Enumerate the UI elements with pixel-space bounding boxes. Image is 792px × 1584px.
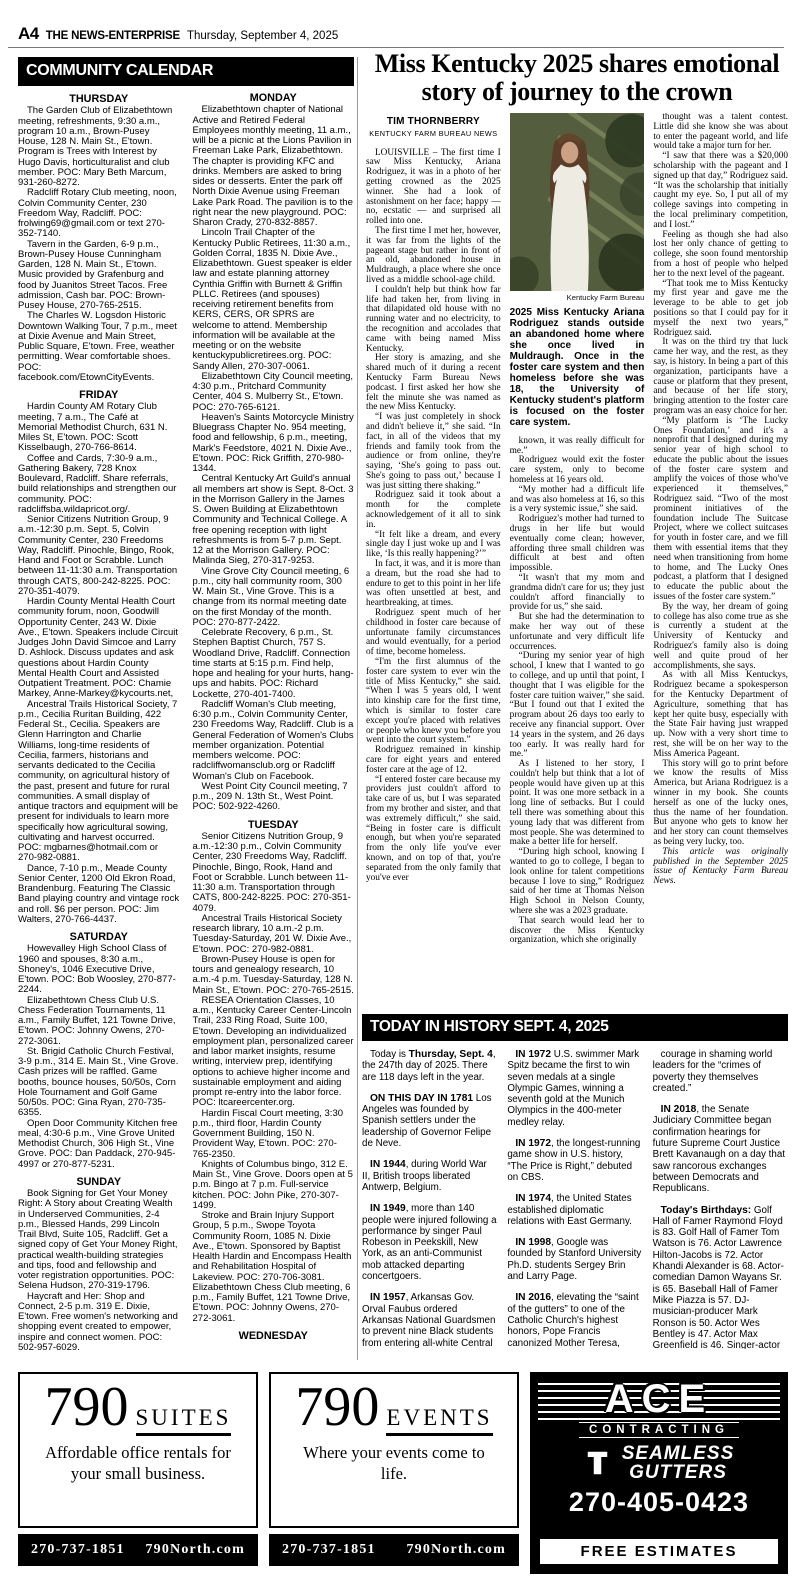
ad-790-events-brand: 790 EVENTS: [295, 1378, 492, 1436]
ad-suites-word: SUITES: [136, 1405, 232, 1436]
article-paragraph: Her story is amazing, and she shared muc…: [366, 354, 501, 413]
calendar-event: Book Signing for Get Your Money Right: A…: [18, 1189, 180, 1292]
calendar-event: Heaven's Saints Motorcycle Ministry Blue…: [193, 413, 355, 475]
today-in-history-body: Today is Thursday, Sept. 4, the 247th da…: [362, 1049, 788, 1349]
article-paragraph: “My mother had a difficult life and was …: [510, 486, 645, 515]
article-paragraph: The first time I met her, however, it wa…: [366, 227, 501, 286]
article-paragraph: “I entered foster care because my provid…: [366, 776, 501, 884]
today-in-history-title: TODAY IN HISTORY SEPT. 4, 2025: [362, 1014, 788, 1041]
history-entry: IN 1944, during World War II, British tr…: [362, 1159, 497, 1193]
history-column-3: courage in shaming world leaders for the…: [653, 1049, 788, 1349]
history-entry: IN 2016, elevating the “saint of the gut…: [507, 1292, 642, 1349]
ad-events-tagline: Where your events come to life.: [288, 1442, 500, 1485]
community-calendar-section: COMMUNITY CALENDAR THURSDAYThe Garden Cl…: [18, 57, 354, 1355]
article-paragraph: known, it was really difficult for me.”: [510, 437, 645, 457]
calendar-day-header: TUESDAY: [193, 820, 355, 830]
ad-events-website: 790North.com: [406, 1542, 506, 1558]
calendar-event: Elizabethtown Chess Club U.S. Chess Fede…: [18, 996, 180, 1047]
ace-contracting-label: CONTRACTING: [579, 1422, 739, 1438]
article-paragraph: By the way, her dream of going to colleg…: [653, 603, 788, 672]
editors-note: This article was originally published in…: [653, 848, 788, 887]
calendar-day-header: SUNDAY: [18, 1177, 180, 1187]
article-paragraph: “I was just completely in shock and didn…: [366, 413, 501, 491]
ace-phone: 270-405-0423: [569, 1487, 749, 1518]
calendar-event: Knights of Columbus bingo, 312 E. Main S…: [193, 1160, 355, 1211]
article-body: TIM THORNBERRY KENTUCKY FARM BUREAU NEWS…: [366, 113, 788, 1016]
article-column-2-text: known, it was really difficult for me.”R…: [510, 437, 645, 946]
calendar-event: Hardin County Mental Health Court commun…: [18, 597, 180, 700]
calendar-event: West Point City Council meeting, 7 p.m.,…: [193, 782, 355, 813]
article-paragraph: As I listened to her story, I couldn't h…: [510, 760, 645, 848]
calendar-day-header: FRIDAY: [18, 390, 180, 400]
article-paragraph: Rodriguez spent much of her childhood in…: [366, 609, 501, 658]
byline-block: TIM THORNBERRY KENTUCKY FARM BUREAU NEWS: [366, 117, 501, 139]
ad-790-events: 790 EVENTS Where your events come to lif…: [269, 1372, 519, 1574]
article-photo: [510, 113, 645, 291]
ad-790-number: 790: [295, 1378, 379, 1436]
article-paragraph: LOUISVILLE – The first time I saw Miss K…: [366, 149, 501, 227]
article-column-1-text: LOUISVILLE – The first time I saw Miss K…: [366, 149, 501, 884]
today-in-history-section: TODAY IN HISTORY SEPT. 4, 2025 Today is …: [362, 1014, 788, 1349]
ad-suites-phone: 270-737-1851: [31, 1542, 125, 1558]
calendar-day-header: SATURDAY: [18, 932, 180, 942]
page-header: A4 THE NEWS-ENTERPRISE Thursday, Septemb…: [18, 24, 782, 44]
article-paragraph: That search would lead her to discover t…: [510, 917, 645, 946]
history-entry: ON THIS DAY IN 1781 Los Angeles was foun…: [362, 1093, 497, 1149]
calendar-event: Radcliff Woman's Club meeting, 6:30 p.m.…: [193, 700, 355, 782]
masthead: THE NEWS-ENTERPRISE: [46, 30, 180, 42]
calendar-day-header: MONDAY: [193, 93, 355, 103]
history-entry: IN 1998, Google was founded by Stanford …: [507, 1237, 642, 1282]
article-paragraph: But she had the determination to make he…: [510, 613, 645, 652]
issue-date: Thursday, September 4, 2025: [187, 30, 338, 42]
article-column-1: TIM THORNBERRY KENTUCKY FARM BUREAU NEWS…: [366, 113, 501, 1016]
photo-caption: 2025 Miss Kentucky Ariana Rodriguez stan…: [510, 307, 645, 428]
history-entry: Today is Thursday, Sept. 4, the 247th da…: [362, 1049, 497, 1083]
gutters-word: GUTTERS: [622, 1463, 735, 1482]
byline-organization: KENTUCKY FARM BUREAU NEWS: [366, 129, 501, 139]
ad-suites-tagline: Affordable office rentals for your small…: [37, 1442, 240, 1485]
main-article: Miss Kentucky 2025 shares emotional stor…: [366, 50, 788, 1016]
ace-logo-stripes: ACE: [538, 1378, 780, 1420]
ad-suites-website: 790North.com: [145, 1542, 245, 1558]
article-headline: Miss Kentucky 2025 shares emotional stor…: [366, 50, 788, 106]
ad-events-phone: 270-737-1851: [282, 1542, 376, 1558]
ad-790-suites: 790 SUITES Affordable office rentals for…: [18, 1372, 258, 1574]
calendar-event: Brown-Pusey House is open for tours and …: [193, 955, 355, 996]
calendar-event: The Garden Club of Elizabethtown meeting…: [18, 106, 180, 188]
calendar-day-header: THURSDAY: [18, 94, 180, 104]
miss-kentucky-photo-illustration: [510, 113, 645, 291]
history-column-1: Today is Thursday, Sept. 4, the 247th da…: [362, 1049, 497, 1349]
page-number: A4: [18, 24, 39, 44]
calendar-event: Radcliff Rotary Club meeting, noon, Colv…: [18, 188, 180, 239]
calendar-event: Tavern in the Garden, 6-9 p.m., Brown-Pu…: [18, 240, 180, 312]
article-column-2: Kentucky Farm Bureau 2025 Miss Kentucky …: [510, 113, 645, 1016]
ad-790-number: 790: [45, 1378, 129, 1436]
byline-author: TIM THORNBERRY: [366, 117, 501, 127]
free-estimates-banner: FREE ESTIMATES: [538, 1537, 780, 1566]
article-paragraph: It was on the third try that luck came h…: [653, 338, 788, 416]
article-paragraph: Feeling as though she had also lost her …: [653, 231, 788, 280]
calendar-event: Elizabethtown chapter of National Active…: [193, 105, 355, 228]
header-rule: [8, 47, 784, 48]
calendar-event: Senior Citizens Nutrition Group, 9 a.m.-…: [18, 515, 180, 597]
community-calendar-listings: THURSDAYThe Garden Club of Elizabethtown…: [18, 93, 354, 1355]
advertisement-strip: 790 SUITES Affordable office rentals for…: [18, 1372, 788, 1574]
calendar-event: Senior Citizens Nutrition Group, 9 a.m.-…: [193, 832, 355, 914]
history-entry: IN 1974, the United States established d…: [507, 1193, 642, 1227]
article-paragraph: “During my senior year of high school, I…: [510, 652, 645, 760]
newspaper-page: A4 THE NEWS-ENTERPRISE Thursday, Septemb…: [0, 0, 792, 1584]
photo-credit: Kentucky Farm Bureau: [510, 293, 645, 303]
calendar-event: Elizabethtown City Council meeting, 4:30…: [193, 372, 355, 413]
article-paragraph: This story will go to print before we kn…: [653, 760, 788, 848]
column-divider: [357, 57, 358, 1360]
ad-790-suites-brand: 790 SUITES: [45, 1378, 232, 1436]
ad-events-word: EVENTS: [386, 1405, 492, 1436]
calendar-event: Central Kentucky Art Guild's annual all …: [193, 474, 355, 566]
article-paragraph: I couldn't help but think how far life h…: [366, 286, 501, 355]
article-paragraph: Rodriguez would exit the foster care sys…: [510, 456, 645, 485]
history-entry: IN 1972 U.S. swimmer Mark Spitz became t…: [507, 1049, 642, 1128]
article-paragraph: “I saw that there was a $20,000 scholars…: [653, 152, 788, 230]
article-paragraph: “I'm the first alumnus of the foster car…: [366, 658, 501, 746]
seamless-gutters-block: SEAMLESS GUTTERS: [584, 1444, 735, 1482]
calendar-event: St. Brigid Catholic Church Festival, 3-9…: [18, 1047, 180, 1119]
gutter-downspout-icon: [584, 1448, 614, 1478]
history-entry: Today's Birthdays: Golf Hall of Famer Ra…: [653, 1205, 788, 1349]
article-paragraph: Rodriguez said it took about a month for…: [366, 491, 501, 530]
calendar-event: Hardin Fiscal Court meeting, 3:30 p.m., …: [193, 1109, 355, 1160]
calendar-event: RESEA Orientation Classes, 10 a.m., Kent…: [193, 996, 355, 1109]
calendar-event: Lincoln Trail Chapter of the Kentucky Pu…: [193, 228, 355, 372]
article-paragraph: Rodriguez remained in kinship care for e…: [366, 746, 501, 775]
article-column-3: thought was a talent contest. Little did…: [653, 113, 788, 1016]
article-paragraph: In fact, it was, and it is more than a d…: [366, 560, 501, 609]
article-paragraph: “During high school, knowing I wanted to…: [510, 848, 645, 917]
calendar-event: Ancestral Trails Historical Society rese…: [193, 914, 355, 955]
community-calendar-title: COMMUNITY CALENDAR: [18, 57, 354, 86]
article-paragraph: “It wasn't that my mom and grandma didn'…: [510, 574, 645, 613]
calendar-event: Stroke and Brain Injury Support Group, 5…: [193, 1211, 355, 1324]
article-paragraph: “It felt like a dream, and every single …: [366, 531, 501, 560]
article-column-3-text: thought was a talent contest. Little did…: [653, 113, 788, 848]
calendar-event: Haycraft and Her: Shop and Connect, 2-5 …: [18, 1292, 180, 1354]
ad-790-events-box: 790 EVENTS Where your events come to lif…: [269, 1372, 519, 1528]
history-column-2: IN 1972 U.S. swimmer Mark Spitz became t…: [507, 1049, 642, 1349]
calendar-event: Coffee and Cards, 7:30-9 a.m., Gathering…: [18, 454, 180, 516]
calendar-event: Vine Grove City Council meeting, 6 p.m.,…: [193, 567, 355, 629]
ad-suites-contact-bar: 270-737-1851 790North.com: [18, 1534, 258, 1566]
history-entry: IN 2018, the Senate Judiciary Committee …: [653, 1104, 788, 1194]
article-paragraph: thought was a talent contest. Little did…: [653, 113, 788, 152]
article-paragraph: Rodriguez's mother had turned to drugs i…: [510, 515, 645, 574]
calendar-event: Howevalley High School Class of 1960 and…: [18, 944, 180, 995]
calendar-event: Hardin County AM Rotary Club meeting, 7 …: [18, 402, 180, 453]
history-entry: IN 1949, more than 140 people were injur…: [362, 1203, 497, 1282]
calendar-event: Ancestral Trails Historical Society, 7 p…: [18, 700, 180, 864]
history-entry: IN 1972, the longest-running game show i…: [507, 1138, 642, 1183]
calendar-event: The Charles W. Logsdon Historic Downtown…: [18, 311, 180, 383]
history-entry: IN 1957, Arkansas Gov. Orval Faubus orde…: [362, 1292, 497, 1349]
ad-events-contact-bar: 270-737-1851 790North.com: [269, 1534, 519, 1566]
history-entry: courage in shaming world leaders for the…: [653, 1049, 788, 1094]
seamless-word: SEAMLESS: [622, 1444, 735, 1463]
ad-ace-contracting: ACE CONTRACTING SEAMLESS GUTTERS 270-405…: [530, 1372, 788, 1574]
article-paragraph: As with all Miss Kentuckys, Rodriguez be…: [653, 671, 788, 759]
calendar-event: Open Door Community Kitchen free meal, 4…: [18, 1119, 180, 1170]
ad-790-suites-box: 790 SUITES Affordable office rentals for…: [18, 1372, 258, 1528]
calendar-event: Celebrate Recovery, 6 p.m., St. Stephen …: [193, 628, 355, 700]
ace-brand: ACE: [538, 1378, 780, 1420]
seamless-gutters-text: SEAMLESS GUTTERS: [622, 1444, 735, 1482]
calendar-day-header: WEDNESDAY: [193, 1331, 355, 1341]
article-paragraph: “That took me to Miss Kentucky my first …: [653, 280, 788, 339]
article-paragraph: “My platform is ‘The Lucky Ones Foundati…: [653, 417, 788, 603]
calendar-event: Dance, 7-10 p.m., Meade County Senior Ce…: [18, 864, 180, 926]
